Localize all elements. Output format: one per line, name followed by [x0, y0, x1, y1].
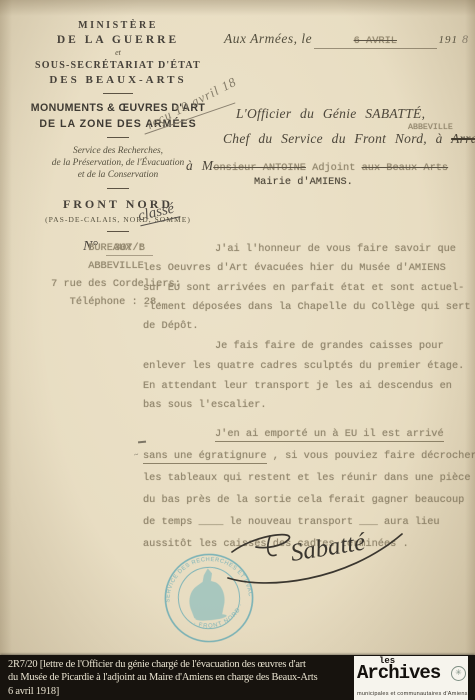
ministry-et: et — [12, 48, 224, 57]
caption-line: 2R7/20 [lettre de l'Officier du génie ch… — [8, 658, 354, 671]
body-text: , si vous pouviez faire décrocher — [267, 450, 475, 462]
archives-logo: les Archives ✳ municipales et communauta… — [354, 656, 468, 700]
dateline-year-printed: 191 — [439, 34, 459, 46]
addressee-printed-prefix: à M — [186, 158, 213, 173]
body-paragraph-1: J'ai l'honneur de vous faire savoir que … — [143, 240, 475, 336]
logo-archives-text: Archives — [357, 662, 440, 684]
front-nord-sub: (PAS-DE-CALAIS, NORD, SOMME) — [12, 215, 224, 224]
caption-line: 6 avril 1918] — [8, 685, 354, 698]
scanned-letter-page: MINISTÈRE DE LA GUERRE et SOUS-SECRÉTARI… — [0, 0, 475, 700]
rosette-icon: ✳ — [451, 666, 466, 681]
divider — [107, 137, 129, 138]
dateline-year-handwritten: 8 — [462, 32, 468, 47]
front-nord-title: FRONT NORD — [12, 197, 224, 212]
divider — [107, 188, 129, 189]
struck-place-arras: Arras. — [451, 131, 475, 146]
archive-caption-bar: 2R7/20 [lettre de l'Officier du génie ch… — [0, 655, 475, 700]
sender-role-printed: Chef du Service du Front Nord, à — [223, 131, 451, 146]
addressee-name-struck: onsieur ANTOINE — [213, 162, 306, 174]
body-line: J'ai l'honneur de vous faire savoir que — [143, 240, 475, 259]
body-paragraph-2: Je fais faire de grandes caisses pour en… — [143, 337, 475, 416]
sender-role-line: Chef du Service du Front Nord, à Arras. — [223, 131, 475, 147]
body-line: enlever les quatre cadres sculptés du pr… — [143, 357, 475, 377]
service-line: Service des Recherches, — [12, 145, 224, 157]
body-line: Je fais faire de grandes caisses pour — [143, 337, 475, 357]
underlined-text: J'en ai emporté un à EU il est arrivé — [215, 428, 444, 442]
letterhead: MINISTÈRE DE LA GUERRE et SOUS-SECRÉTARI… — [12, 20, 224, 255]
dateline-place: Aux Armées, le — [224, 31, 312, 47]
handwritten-signature: Sabatté — [226, 524, 404, 590]
addressee-role: Adjoint — [306, 162, 362, 174]
logo-subtitle: municipales et communautaires d'Amiens — [357, 691, 468, 697]
body-line: les Oeuvres d'Art évacuées hier du Musée… — [143, 259, 475, 278]
body-line: sans une égratignure , si vous pouviez f… — [143, 445, 475, 467]
addressee-dept-struck: aux Beaux Arts — [362, 162, 449, 174]
pencil-margin-squiggle: ~ — [133, 450, 139, 460]
beaux-arts: DES BEAUX-ARTS — [12, 74, 224, 86]
body-line: sur EU sont arrivées en parfait état et … — [143, 279, 475, 298]
body-line-underlined: J'en ai emporté un à EU il est arrivé — [143, 423, 475, 445]
body-line: -lement déposées dans la Chapelle du Col… — [143, 298, 475, 317]
signature-name: Sabatté — [289, 528, 368, 567]
dept-zone-armees: DE LA ZONE DES ARMÉES — [12, 118, 224, 130]
body-line: bas sous l'escalier. — [143, 396, 475, 416]
addressee-line: à Monsieur ANTOINE Adjoint aux Beaux Art… — [186, 157, 448, 175]
body-line: du bas près de la sortie cela ferait gag… — [143, 489, 475, 511]
body-line: En attendant leur transport je les ai de… — [143, 377, 475, 397]
addressee-mairie-line: Mairie d'AMIENS. — [254, 176, 353, 188]
stamp-center-figure — [186, 567, 227, 622]
ministry-title: MINISTÈRE — [12, 20, 224, 31]
dateline-fill-line: 6 AVRIL — [314, 30, 436, 49]
archive-caption: 2R7/20 [lettre de l'Officier du génie ch… — [8, 658, 354, 698]
body-line: les tableaux qui restent et les réunir d… — [143, 467, 475, 489]
sender-title-line: L'Officier du Génie SABATTÉ, — [236, 106, 425, 122]
underlined-text: sans une égratignure — [143, 450, 267, 464]
ministry-title-2: DE LA GUERRE — [12, 34, 224, 46]
body-line: de Dépôt. — [143, 317, 475, 336]
divider — [103, 93, 133, 94]
typed-correction-abbeville: ABBEVILLE — [408, 123, 453, 132]
sous-secretariat: SOUS-SECRÉTARIAT D'ÉTAT — [12, 60, 224, 71]
divider — [107, 231, 129, 232]
dateline: Aux Armées, le 6 AVRIL 191 8 — [224, 30, 468, 49]
caption-line: du Musée de Picardie à l'adjoint au Mair… — [8, 671, 354, 684]
dateline-date-typed: 6 AVRIL — [354, 35, 397, 47]
